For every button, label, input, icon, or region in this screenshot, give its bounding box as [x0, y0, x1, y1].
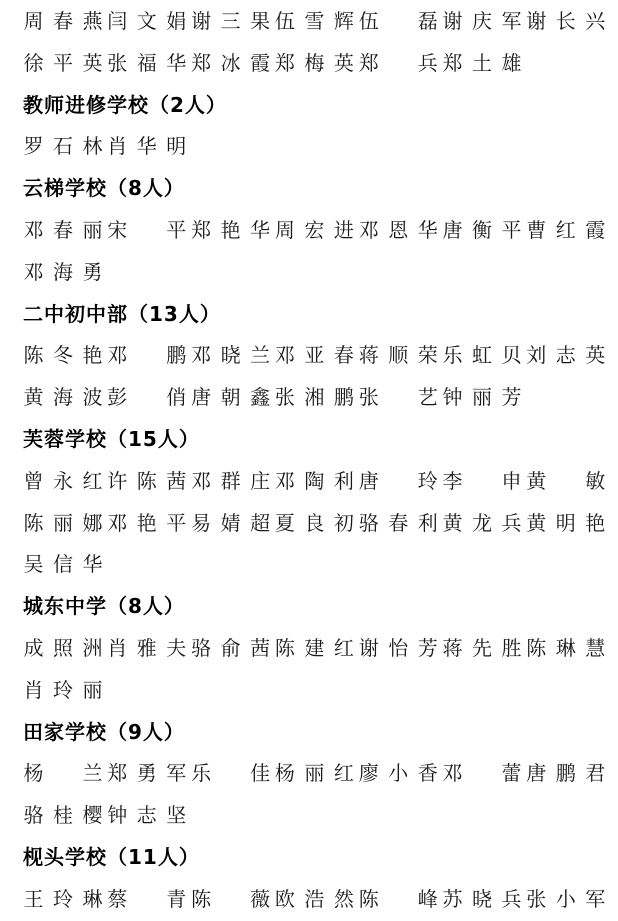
person-name: 陈琳慧	[526, 627, 606, 669]
person-name: 乐 佳	[191, 752, 271, 794]
names-row: 邓海勇	[23, 251, 618, 293]
person-name: 闫文娟	[107, 0, 187, 42]
person-name: 黄海波	[23, 376, 103, 418]
person-name: 杨丽红	[274, 752, 354, 794]
person-name: 郑冰霞	[191, 42, 271, 84]
person-name: 唐衡平	[442, 209, 522, 251]
person-name: 陈 薇	[191, 878, 271, 920]
names-row: 徐平英张福华郑冰霞郑梅英郑 兵郑土雄	[23, 42, 618, 84]
names-row: 邓春丽宋 平郑艳华周宏进邓恩华唐衡平曹红霞	[23, 209, 618, 251]
person-name: 肖玲丽	[23, 669, 103, 711]
person-name: 伍雪辉	[274, 0, 354, 42]
person-name: 张湘鹏	[274, 376, 354, 418]
school-heading: 田家学校（9人）	[23, 711, 185, 753]
names-row: 骆桂樱钟志坚	[23, 794, 618, 836]
person-name: 郑勇军	[107, 752, 187, 794]
person-name: 许陈茜	[107, 460, 187, 502]
person-name: 张 艺	[358, 376, 438, 418]
names-row: 肖玲丽	[23, 669, 618, 711]
person-name: 唐 玲	[358, 460, 438, 502]
person-name: 彭 俏	[107, 376, 187, 418]
person-name: 陈丽娜	[23, 502, 103, 544]
person-name: 谢庆军	[442, 0, 522, 42]
names-row: 曾永红许陈茜邓群庄邓陶利唐 玲李 申黄 敏	[23, 460, 618, 502]
person-name: 成照洲	[23, 627, 103, 669]
person-name: 苏晓兵	[442, 878, 522, 920]
school-heading: 云梯学校（8人）	[23, 167, 185, 209]
person-name: 骆春利	[358, 502, 438, 544]
person-name: 邓亚春	[274, 334, 354, 376]
person-name: 李 申	[442, 460, 522, 502]
person-name: 蔡 青	[107, 878, 187, 920]
person-name: 钟丽芳	[442, 376, 522, 418]
person-name: 黄 敏	[526, 460, 606, 502]
school-heading: 城东中学（8人）	[23, 585, 185, 627]
person-name: 刘志英	[526, 334, 606, 376]
person-name: 郑梅英	[274, 42, 354, 84]
person-name: 张福华	[107, 42, 187, 84]
person-name: 王玲琳	[23, 878, 103, 920]
person-name: 骆俞茜	[191, 627, 271, 669]
person-name: 邓 蕾	[442, 752, 522, 794]
person-name: 蒋先胜	[442, 627, 522, 669]
names-row: 王玲琳蔡 青陈 薇欧浩然陈 峰苏晓兵张小军	[23, 878, 618, 920]
person-name: 谢长兴	[526, 0, 606, 42]
names-row: 罗石林肖华明	[23, 125, 618, 167]
names-row: 杨 兰郑勇军乐 佳杨丽红廖小香邓 蕾唐鹏君	[23, 752, 618, 794]
person-name: 肖雅夫	[107, 627, 187, 669]
person-name: 陈 峰	[358, 878, 438, 920]
person-name: 邓群庄	[191, 460, 271, 502]
person-name: 邓春丽	[23, 209, 103, 251]
person-name: 邓陶利	[274, 460, 354, 502]
person-name: 骆桂樱	[23, 794, 103, 836]
person-name: 邓艳平	[107, 502, 187, 544]
names-row: 陈丽娜邓艳平易婧超夏良初骆春利黄龙兵黄明艳	[23, 502, 618, 544]
school-heading: 二中初中部（13人）	[23, 293, 221, 335]
person-name: 欧浩然	[274, 878, 354, 920]
person-name: 廖小香	[358, 752, 438, 794]
person-name: 邓海勇	[23, 251, 103, 293]
names-row: 成照洲肖雅夫骆俞茜陈建红谢怡芳蒋先胜陈琳慧	[23, 627, 618, 669]
person-name: 周宏进	[274, 209, 354, 251]
school-heading: 枧头学校（11人）	[23, 836, 200, 878]
person-name: 黄明艳	[526, 502, 606, 544]
names-row: 黄海波彭 俏唐朝鑫张湘鹏张 艺钟丽芳	[23, 376, 618, 418]
person-name: 陈冬艳	[23, 334, 103, 376]
person-name: 黄龙兵	[442, 502, 522, 544]
names-row: 陈冬艳邓 鹏邓晓兰邓亚春蒋顺荣乐虹贝刘志英	[23, 334, 618, 376]
person-name: 乐虹贝	[442, 334, 522, 376]
person-name: 夏良初	[274, 502, 354, 544]
person-name: 周春燕	[23, 0, 103, 42]
person-name: 郑土雄	[442, 42, 522, 84]
person-name: 邓恩华	[358, 209, 438, 251]
person-name: 郑 兵	[358, 42, 438, 84]
person-name: 杨 兰	[23, 752, 103, 794]
person-name: 钟志坚	[107, 794, 187, 836]
names-row: 吴信华	[23, 543, 618, 585]
person-name: 唐朝鑫	[191, 376, 271, 418]
person-name: 张小军	[526, 878, 606, 920]
person-name: 蒋顺荣	[358, 334, 438, 376]
person-name: 谢三果	[191, 0, 271, 42]
person-name: 肖华明	[107, 125, 187, 167]
person-name: 易婧超	[191, 502, 271, 544]
person-name: 郑艳华	[191, 209, 271, 251]
person-name: 宋 平	[107, 209, 187, 251]
person-name: 吴信华	[23, 543, 103, 585]
person-name: 曾永红	[23, 460, 103, 502]
school-heading: 教师进修学校（2人）	[23, 84, 227, 126]
person-name: 谢怡芳	[358, 627, 438, 669]
person-name: 邓 鹏	[107, 334, 187, 376]
person-name: 陈建红	[274, 627, 354, 669]
school-heading: 芙蓉学校（15人）	[23, 418, 200, 460]
person-name: 徐平英	[23, 42, 103, 84]
person-name: 罗石林	[23, 125, 103, 167]
person-name: 邓晓兰	[191, 334, 271, 376]
person-name: 曹红霞	[526, 209, 606, 251]
person-name: 唐鹏君	[526, 752, 606, 794]
names-row: 周春燕闫文娟谢三果伍雪辉伍 磊谢庆军谢长兴	[23, 0, 618, 42]
person-name: 伍 磊	[358, 0, 438, 42]
